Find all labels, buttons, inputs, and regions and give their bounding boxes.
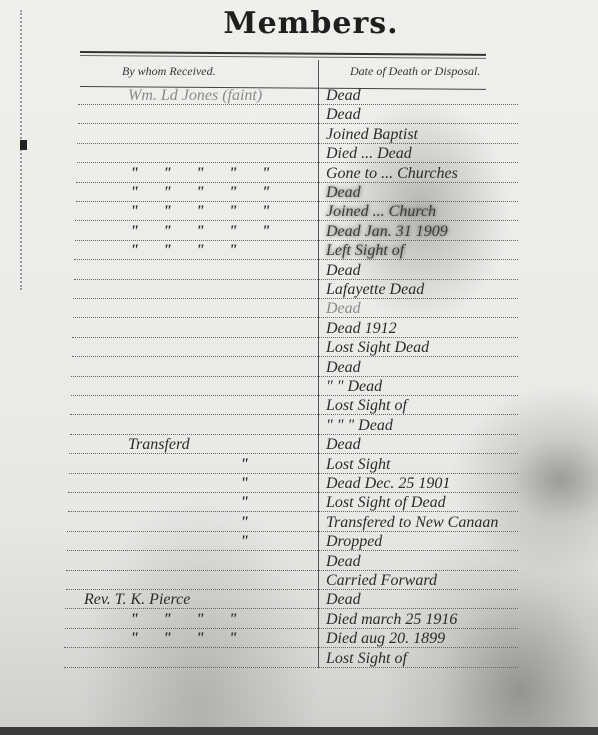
disposal-cell: Lost Sight Dead [326,338,429,358]
row-rule [74,279,519,280]
row-rule [69,473,519,474]
disposal-cell: Dead [326,261,361,281]
row-rule [72,337,518,338]
row-rule [78,123,519,124]
received-by-cell: " " " " " [130,202,280,222]
received-by-cell: " [240,455,259,475]
disposal-cell: Lost Sight of [326,649,407,669]
disposal-cell: Dropped [326,532,382,552]
received-by-cell: " [240,493,259,513]
column-divider [318,60,319,668]
page-bottom-edge [0,727,598,735]
row-rule [66,570,518,571]
disposal-cell: Dead [326,105,361,125]
disposal-cell: Dead Dec. 25 1901 [326,474,450,494]
row-rule [72,356,519,357]
disposal-cell: " " Dead [326,377,382,397]
received-by-cell: Rev. T. K. Pierce [84,590,190,610]
received-by-cell: " " " " " [130,183,280,203]
column-header-received: By whom Received. [122,64,216,79]
disposal-cell: Left Sight of [326,241,404,261]
row-rule [71,395,519,396]
disposal-cell: Lost Sight of [326,396,407,416]
row-rule [67,550,519,551]
column-header-disposal: Date of Death or Disposal. [350,64,480,79]
disposal-cell: Transfered to New Canaan [326,513,498,533]
received-by-cell: Wm. Ld Jones (faint) [128,86,262,106]
disposal-cell: Gone to ... Churches [326,164,458,184]
row-rule [71,376,518,377]
received-by-cell: " " " " [130,629,248,649]
row-rule [68,492,518,493]
disposal-cell: " " " Dead [326,416,393,436]
received-by-cell: " [240,532,259,552]
disposal-cell: Died aug 20. 1899 [326,629,445,649]
binding-mark [20,140,27,150]
disposal-cell: Dead [326,552,361,572]
title-rule [80,51,486,59]
row-rule [77,143,518,144]
disposal-cell: Dead 1912 [326,319,397,339]
disposal-cell: Dead [326,358,361,378]
disposal-cell: Joined Baptist [326,125,418,145]
received-by-cell: " " " " " [130,222,280,242]
disposal-cell: Dead [326,435,361,455]
disposal-cell: Died march 25 1916 [326,610,457,630]
received-by-cell: " [240,474,259,494]
row-rule [73,298,518,299]
row-rule [73,317,519,318]
disposal-cell: Lost Sight [326,455,390,475]
page-title: Members. [12,6,598,41]
disposal-cell: Carried Forward [326,571,437,591]
disposal-cell: Dead Jan. 31 1909 [326,222,448,242]
received-by-cell: " " " " [130,610,248,630]
disposal-cell: Lafayette Dead [326,280,424,300]
disposal-cell: Lost Sight of Dead [326,493,446,513]
received-by-cell: " [240,513,259,533]
ledger-page: Members. By whom Received. Date of Death… [0,0,598,735]
disposal-cell: Dead [326,86,361,106]
row-rule [64,667,519,668]
received-by-cell: " " " " [130,241,248,261]
row-rule [70,414,518,415]
disposal-cell: Dead [326,590,361,610]
disposal-cell: Died ... Dead [326,144,412,164]
received-by-cell: Transferd [128,435,190,455]
disposal-cell: Dead [326,183,361,203]
disposal-cell: Joined ... Church [326,202,436,222]
binding-edge [20,10,26,290]
disposal-cell: Dead [326,299,361,319]
received-by-cell: " " " " " [130,164,280,184]
